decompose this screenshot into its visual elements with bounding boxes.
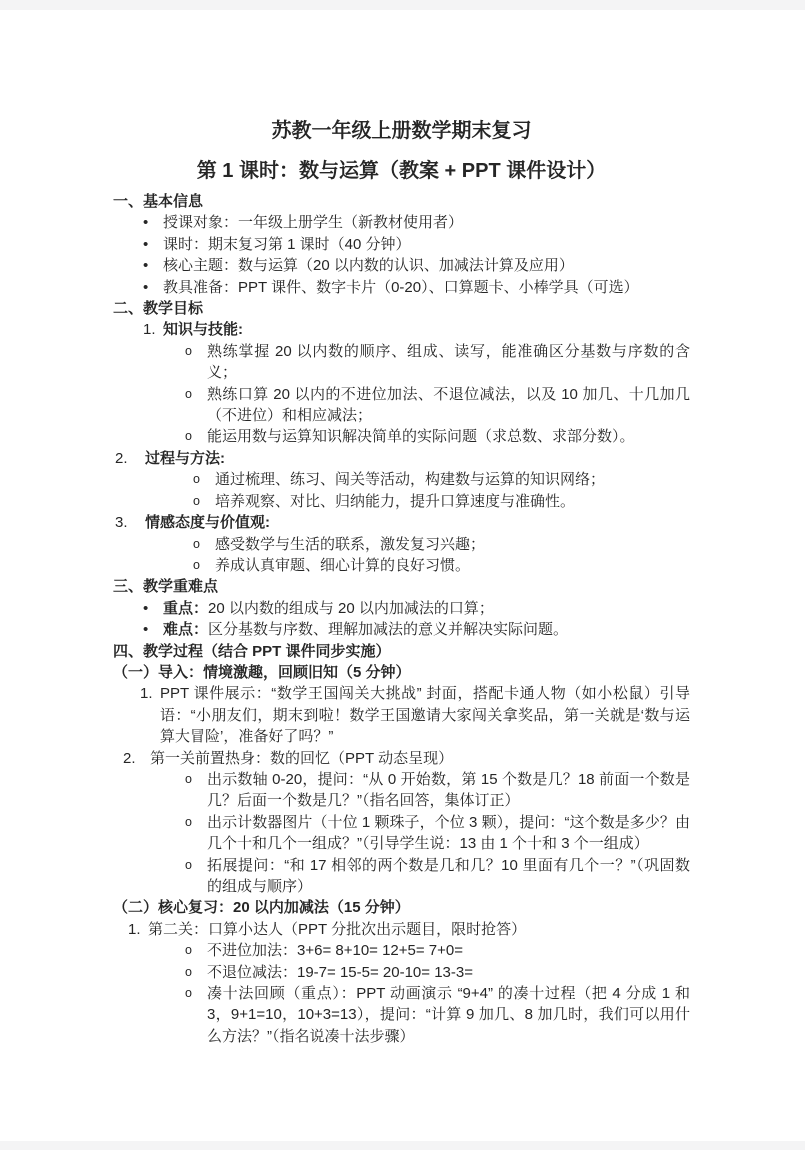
item-text: 培养观察、对比、归纳能力，提升口算速度与准确性。 <box>215 491 690 512</box>
numbered-item: 2. 第一关前置热身：数的回忆（PPT 动态呈现） <box>123 748 690 769</box>
item-text: 第一关前置热身：数的回忆（PPT 动态呈现） <box>150 748 690 769</box>
number-marker: 2. <box>115 448 145 469</box>
numbered-item: 1. PPT 课件展示：“数学王国闯关大挑战” 封面，搭配卡通人物（如小松鼠）引… <box>140 683 690 747</box>
sub-item: o 培养观察、对比、归纳能力，提升口算速度与准确性。 <box>193 491 690 512</box>
item-text-rest: 20 以内数的组成与 20 以内加减法的口算； <box>208 600 494 617</box>
item-text: PPT 课件展示：“数学王国闯关大挑战” 封面，搭配卡通人物（如小松鼠）引导语：… <box>160 683 690 747</box>
item-text-rest: 区分基数与序数、理解加减法的意义并解决实际问题。 <box>208 621 568 638</box>
circle-marker: o <box>193 491 215 512</box>
bullet-item: • 授课对象：一年级上册学生（新教材使用者） <box>143 212 690 233</box>
numbered-item: 3. 情感态度与价值观: <box>115 512 690 533</box>
number-marker: 1. <box>143 319 163 340</box>
circle-marker: o <box>193 469 215 490</box>
sub-item: o 出示计数器图片（十位 1 颗珠子，个位 3 颗），提问：“这个数是多少？由几… <box>185 812 690 855</box>
sub-item: o 熟练掌握 20 以内数的顺序、组成、读写，能准确区分基数与序数的含义； <box>185 341 690 384</box>
item-text: 授课对象：一年级上册学生（新教材使用者） <box>163 212 690 233</box>
item-text: 不退位减法：19-7= 15-5= 20-10= 13-3= <box>207 962 690 983</box>
item-text: 不进位加法：3+6= 8+10= 12+5= 7+0= <box>207 940 690 961</box>
circle-marker: o <box>193 555 215 576</box>
item-text: 教具准备：PPT 课件、数字卡片（0-20）、口算题卡、小棒学具（可选） <box>163 277 690 298</box>
bullet-item: • 核心主题：数与运算（20 以内数的认识、加减法计算及应用） <box>143 255 690 276</box>
item-text: 凑十法回顾（重点）：PPT 动画演示 “9+4” 的凑十过程（把 4 分成 1 … <box>207 983 690 1047</box>
bullet-item: • 教具准备：PPT 课件、数字卡片（0-20）、口算题卡、小棒学具（可选） <box>143 277 690 298</box>
circle-marker: o <box>185 855 207 876</box>
sub-item: o 拓展提问：“和 17 相邻的两个数是几和几？10 里面有几个一？”（巩固数的… <box>185 855 690 898</box>
item-label: 难点： <box>163 621 208 638</box>
bullet-marker: • <box>143 277 163 298</box>
document-viewer: 苏教一年级上册数学期末复习 第 1 课时：数与运算（教案 + PPT 课件设计）… <box>0 0 805 1150</box>
item-text: 能运用数与运算知识解决简单的实际问题（求总数、求部分数）。 <box>207 426 690 447</box>
number-marker: 2. <box>123 748 150 769</box>
item-text: 熟练掌握 20 以内数的顺序、组成、读写，能准确区分基数与序数的含义； <box>207 341 690 384</box>
item-text: 难点：区分基数与序数、理解加减法的意义并解决实际问题。 <box>163 619 690 640</box>
sub-item: o 通过梳理、练习、闯关等活动，构建数与运算的知识网络； <box>193 469 690 490</box>
item-text: 出示计数器图片（十位 1 颗珠子，个位 3 颗），提问：“这个数是多少？由几个十… <box>207 812 690 855</box>
doc-subtitle: 第 1 课时：数与运算（教案 + PPT 课件设计） <box>113 151 690 191</box>
numbered-item: 1. 知识与技能: <box>143 319 690 340</box>
item-text: 感受数学与生活的联系，激发复习兴趣； <box>215 534 690 555</box>
circle-marker: o <box>193 534 215 555</box>
item-text: 核心主题：数与运算（20 以内数的认识、加减法计算及应用） <box>163 255 690 276</box>
sub-item: o 养成认真审题、细心计算的良好习惯。 <box>193 555 690 576</box>
sub-item: o 凑十法回顾（重点）：PPT 动画演示 “9+4” 的凑十过程（把 4 分成 … <box>185 983 690 1047</box>
circle-marker: o <box>185 962 207 983</box>
numbered-item: 1. 第二关：口算小达人（PPT 分批次出示题目，限时抢答） <box>128 919 690 940</box>
section-teaching-process: 四、教学过程（结合 PPT 课件同步实施） （一）导入：情境激趣，回顾旧知（5 … <box>113 641 690 1048</box>
sub-item: o 能运用数与运算知识解决简单的实际问题（求总数、求部分数）。 <box>185 426 690 447</box>
circle-marker: o <box>185 812 207 833</box>
item-text: 重点：20 以内数的组成与 20 以内加减法的口算； <box>163 598 690 619</box>
section-basic-info: 一、基本信息 • 授课对象：一年级上册学生（新教材使用者） • 课时：期末复习第… <box>113 191 690 298</box>
page-sheet[interactable]: 苏教一年级上册数学期末复习 第 1 课时：数与运算（教案 + PPT 课件设计）… <box>0 10 805 1141</box>
circle-marker: o <box>185 384 207 405</box>
subsection-heading-core-review: （二）核心复习：20 以内加减法（15 分钟） <box>113 897 690 918</box>
numbered-item: 2. 过程与方法: <box>115 448 690 469</box>
circle-marker: o <box>185 940 207 961</box>
sub-item: o 不退位减法：19-7= 15-5= 20-10= 13-3= <box>185 962 690 983</box>
section-heading: 四、教学过程（结合 PPT 课件同步实施） <box>113 641 690 662</box>
sub-item: o 出示数轴 0-20，提问：“从 0 开始数，第 15 个数是几？18 前面一… <box>185 769 690 812</box>
bullet-marker: • <box>143 619 163 640</box>
circle-marker: o <box>185 341 207 362</box>
item-label: 知识与技能: <box>163 319 690 340</box>
item-label: 情感态度与价值观: <box>145 512 690 533</box>
subsection-heading-intro: （一）导入：情境激趣，回顾旧知（5 分钟） <box>113 662 690 683</box>
number-marker: 3. <box>115 512 145 533</box>
circle-marker: o <box>185 983 207 1004</box>
item-text: 养成认真审题、细心计算的良好习惯。 <box>215 555 690 576</box>
circle-marker: o <box>185 769 207 790</box>
bullet-marker: • <box>143 212 163 233</box>
item-text: 第二关：口算小达人（PPT 分批次出示题目，限时抢答） <box>148 919 690 940</box>
section-teaching-goals: 二、教学目标 1. 知识与技能: o 熟练掌握 20 以内数的顺序、组成、读写，… <box>113 298 690 576</box>
section-heading: 二、教学目标 <box>113 298 690 319</box>
bullet-item: • 重点：20 以内数的组成与 20 以内加减法的口算； <box>143 598 690 619</box>
item-text: 拓展提问：“和 17 相邻的两个数是几和几？10 里面有几个一？”（巩固数的组成… <box>207 855 690 898</box>
number-marker: 1. <box>140 683 160 704</box>
doc-title: 苏教一年级上册数学期末复习 <box>113 111 690 151</box>
bullet-marker: • <box>143 598 163 619</box>
bullet-item: • 课时：期末复习第 1 课时（40 分钟） <box>143 234 690 255</box>
section-heading: 三、教学重难点 <box>113 576 690 597</box>
item-text: 通过梳理、练习、闯关等活动，构建数与运算的知识网络； <box>215 469 690 490</box>
sub-item: o 不进位加法：3+6= 8+10= 12+5= 7+0= <box>185 940 690 961</box>
item-label: 重点： <box>163 600 208 617</box>
number-marker: 1. <box>128 919 148 940</box>
bullet-marker: • <box>143 255 163 276</box>
item-text: 熟练口算 20 以内的不进位加法、不退位减法，以及 10 加几、十几加几（不进位… <box>207 384 690 427</box>
section-heading: 一、基本信息 <box>113 191 690 212</box>
item-text: 课时：期末复习第 1 课时（40 分钟） <box>163 234 690 255</box>
item-text: 出示数轴 0-20，提问：“从 0 开始数，第 15 个数是几？18 前面一个数… <box>207 769 690 812</box>
section-key-points: 三、教学重难点 • 重点：20 以内数的组成与 20 以内加减法的口算； • 难… <box>113 576 690 640</box>
sub-item: o 熟练口算 20 以内的不进位加法、不退位减法，以及 10 加几、十几加几（不… <box>185 384 690 427</box>
bullet-item: • 难点：区分基数与序数、理解加减法的意义并解决实际问题。 <box>143 619 690 640</box>
circle-marker: o <box>185 426 207 447</box>
sub-item: o 感受数学与生活的联系，激发复习兴趣； <box>193 534 690 555</box>
item-label: 过程与方法: <box>145 448 690 469</box>
bullet-marker: • <box>143 234 163 255</box>
